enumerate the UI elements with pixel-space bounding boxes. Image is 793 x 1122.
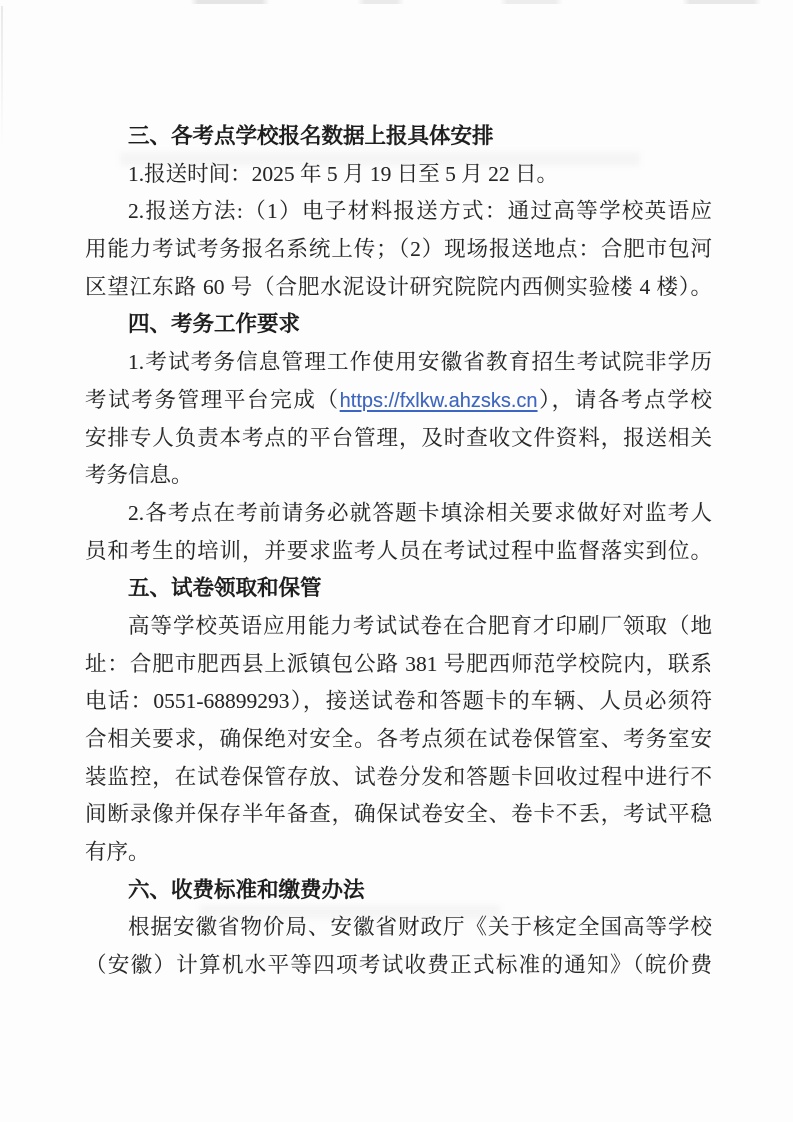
text-line: 安排专人负责本考点的平台管理，及时查收文件资料，报送相关 (85, 420, 712, 458)
section-heading-3: 三、各考点学校报名数据上报具体安排 (85, 118, 712, 156)
text-line: 用能力考试考务报名系统上传；（2）现场报送地点：合肥市包河 (85, 231, 712, 269)
text-line: （安徽）计算机水平等四项考试收费正式标准的通知》（皖价费 (85, 947, 712, 985)
section-heading-6: 六、收费标准和缴费办法 (85, 872, 712, 910)
document-page: 三、各考点学校报名数据上报具体安排 1.报送时间：2025 年 5 月 19 日… (0, 0, 793, 1122)
text-line: 2.各考点在考前请务必就答题卡填涂相关要求做好对监考人 (85, 495, 712, 533)
document-body: 三、各考点学校报名数据上报具体安排 1.报送时间：2025 年 5 月 19 日… (85, 118, 712, 985)
text-line: 1.考试考务信息管理工作使用安徽省教育招生考试院非学历 (85, 344, 712, 382)
text-line-with-link: 考试考务管理平台完成（https://fxlkw.ahzsks.cn），请各考点… (85, 382, 712, 420)
text-line: 区望江东路 60 号（合肥水泥设计研究院院内西侧实验楼 4 楼）。 (85, 269, 712, 307)
text-line: 有序。 (85, 834, 712, 872)
scan-artifact-left-edge (1, 6, 3, 146)
scan-artifact-top-edge (0, 0, 793, 4)
text-line: 员和考生的培训，并要求监考人员在考试过程中监督落实到位。 (85, 533, 712, 571)
text-line: 高等学校英语应用能力考试试卷在合肥育才印刷厂领取（地 (85, 608, 712, 646)
text-line: 合相关要求，确保绝对安全。各考点须在试卷保管室、考务室安 (85, 721, 712, 759)
text-line: 装监控，在试卷保管存放、试卷分发和答题卡回收过程中进行不 (85, 759, 712, 797)
text-line: 根据安徽省物价局、安徽省财政厅《关于核定全国高等学校 (85, 909, 712, 947)
text-line: 间断录像并保存半年备查，确保试卷安全、卷卡不丢，考试平稳 (85, 796, 712, 834)
text-line: 址：合肥市肥西县上派镇包公路 381 号肥西师范学校院内，联系 (85, 646, 712, 684)
text-line: 1.报送时间：2025 年 5 月 19 日至 5 月 22 日。 (85, 156, 712, 194)
text-line: 电话：0551-68899293），接送试卷和答题卡的车辆、人员必须符 (85, 683, 712, 721)
text-line: 考务信息。 (85, 457, 712, 495)
section-heading-5: 五、试卷领取和保管 (85, 570, 712, 608)
section-heading-4: 四、考务工作要求 (85, 306, 712, 344)
text-after-link: ），请各考点学校 (538, 388, 712, 412)
text-before-link: 考试考务管理平台完成（ (85, 388, 340, 412)
platform-url-link[interactable]: https://fxlkw.ahzsks.cn (340, 390, 538, 412)
text-line: 2.报送方法:（1）电子材料报送方式：通过高等学校英语应 (85, 193, 712, 231)
